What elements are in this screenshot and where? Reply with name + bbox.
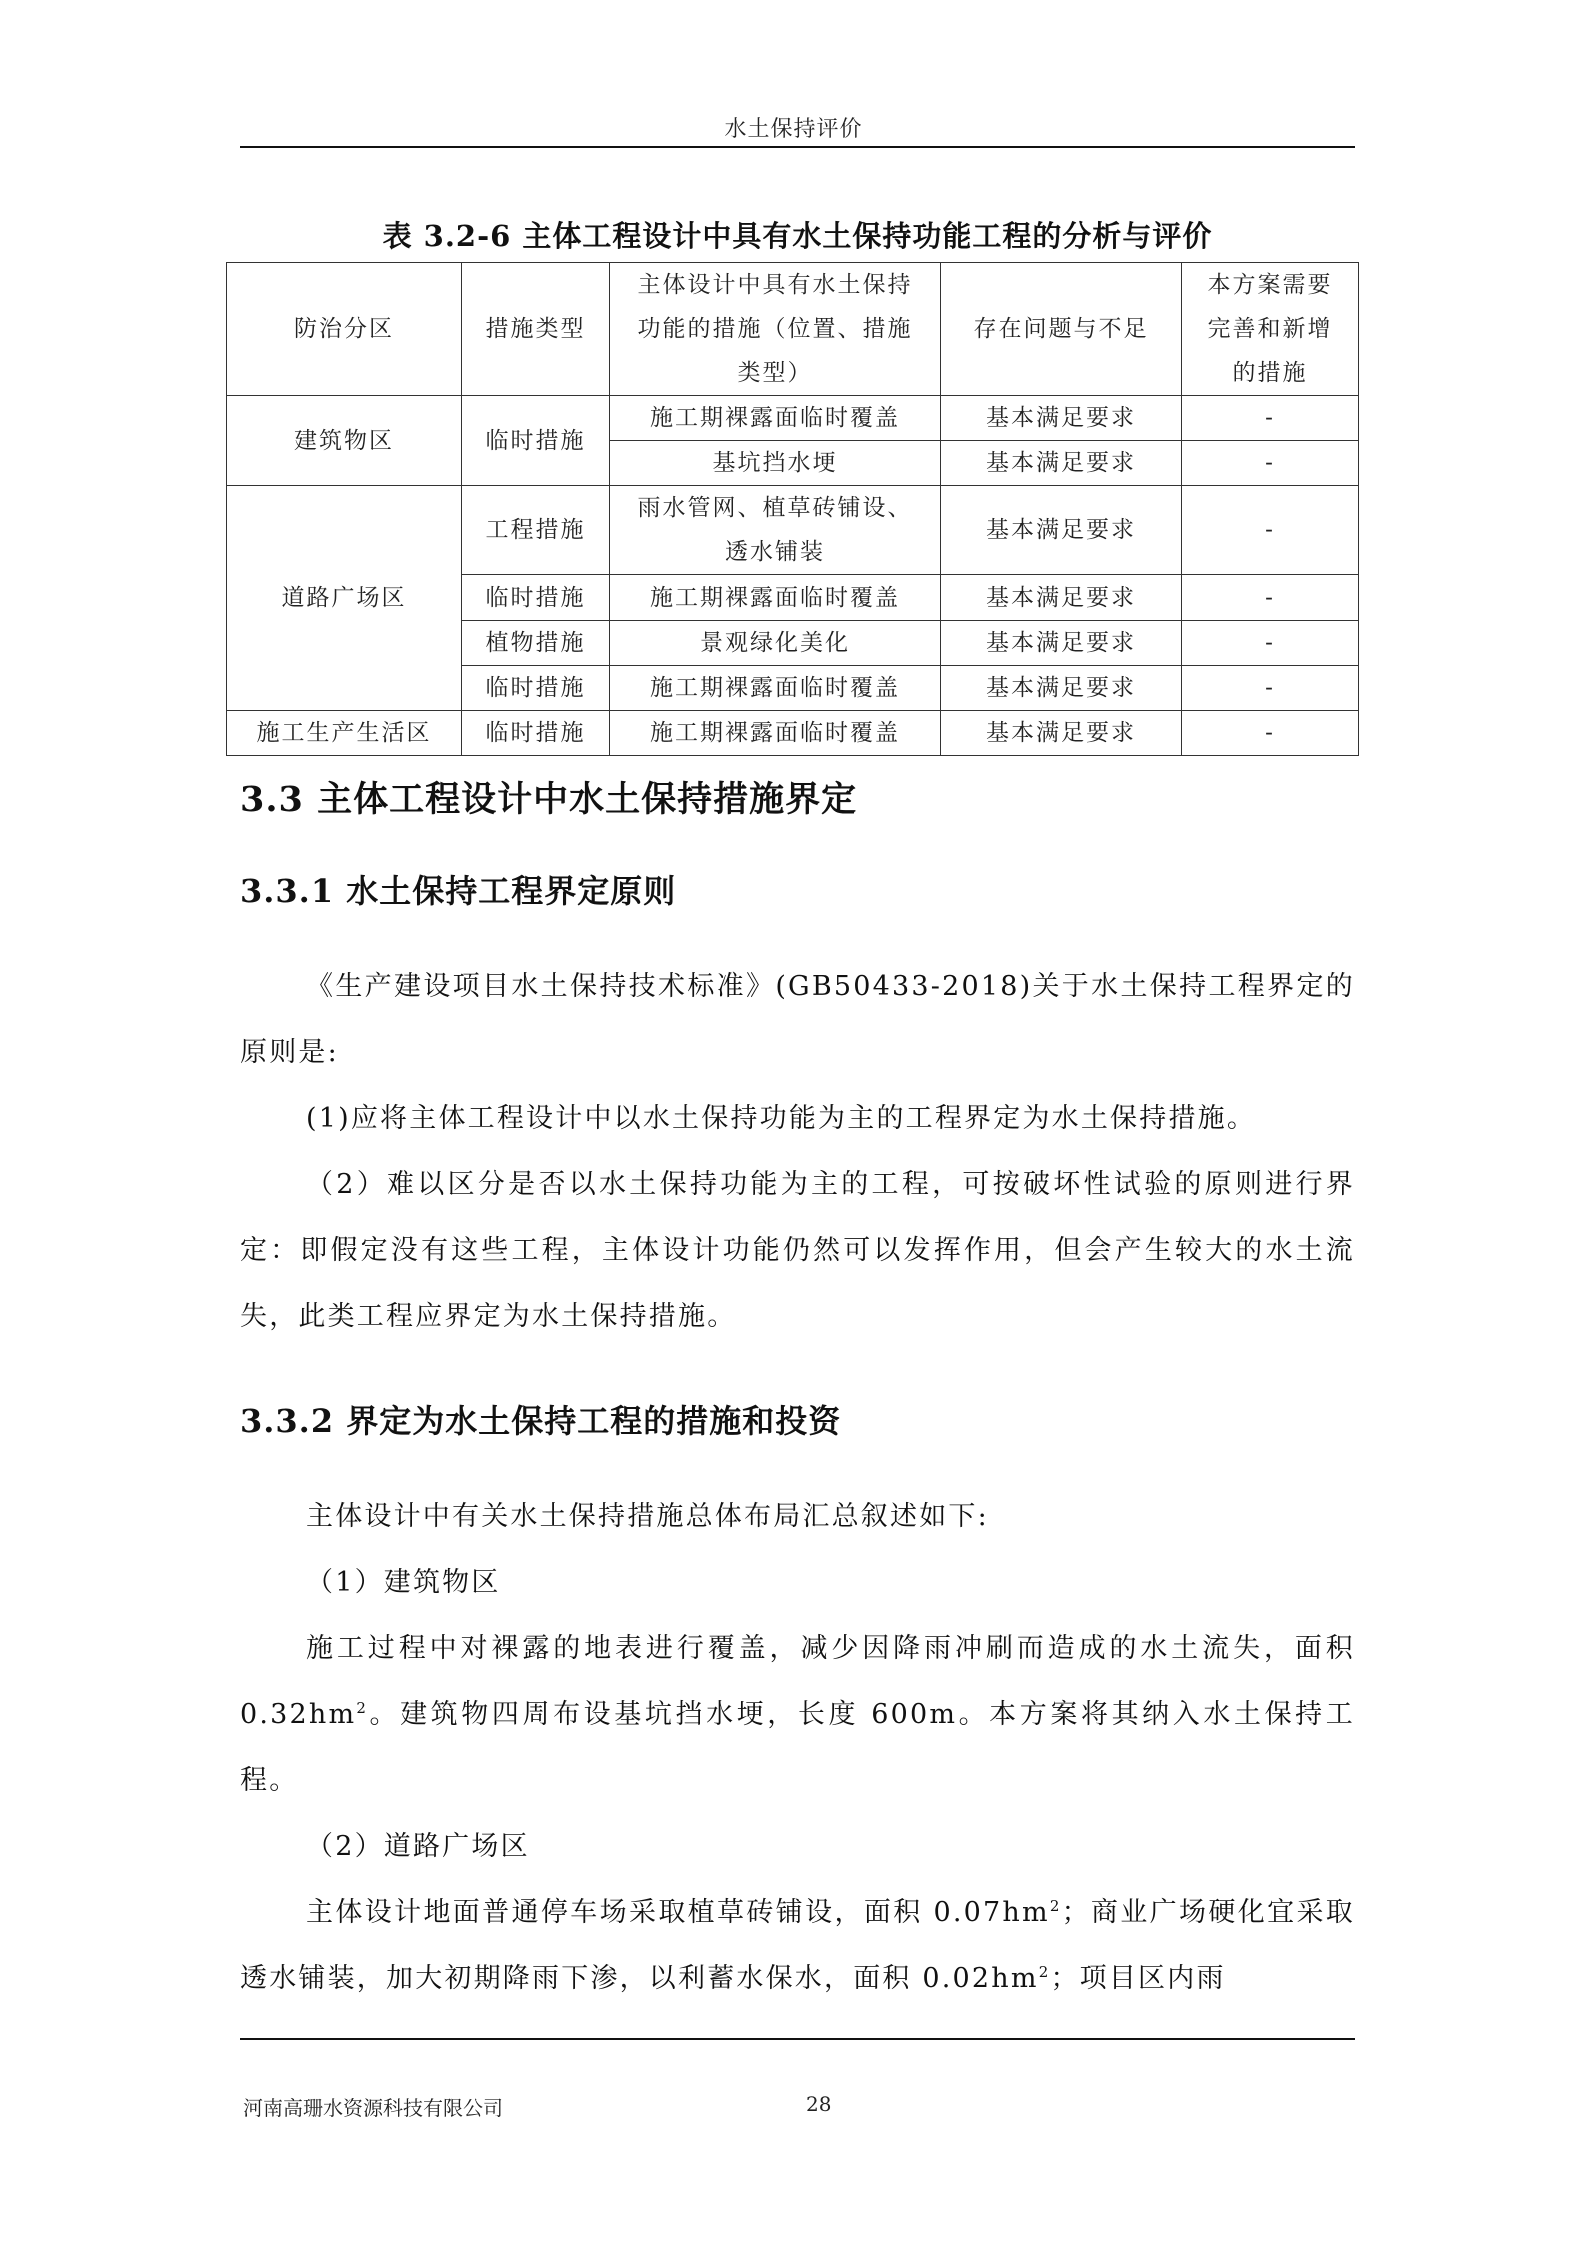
cell-zone: 道路广场区 — [227, 486, 462, 711]
running-header: 水土保持评价 — [0, 112, 1587, 143]
page-number: 28 — [806, 2092, 831, 2116]
cell-issue: 基本满足要求 — [941, 666, 1182, 711]
evaluation-table: 防治分区 措施类型 主体设计中具有水土保持 功能的措施（位置、措施 类型） 存在… — [226, 262, 1359, 756]
paragraph-principle-2: （2）难以区分是否以水土保持功能为主的工程，可按破坏性试验的原则进行界定：即假定… — [240, 1152, 1355, 1350]
cell-new: - — [1182, 486, 1359, 575]
table-header-row: 防治分区 措施类型 主体设计中具有水土保持 功能的措施（位置、措施 类型） 存在… — [227, 263, 1359, 396]
cell-new: - — [1182, 666, 1359, 711]
cell-measure: 施工期裸露面临时覆盖 — [610, 711, 941, 756]
cell-new: - — [1182, 441, 1359, 486]
col-header-measure: 主体设计中具有水土保持 功能的措施（位置、措施 类型） — [610, 263, 941, 396]
paragraph-layout-intro: 主体设计中有关水土保持措施总体布局汇总叙述如下: — [240, 1484, 1355, 1550]
col-header-zone: 防治分区 — [227, 263, 462, 396]
cell-issue: 基本满足要求 — [941, 396, 1182, 441]
paragraph-principle-1: (1)应将主体工程设计中以水土保持功能为主的工程界定为水土保持措施。 — [240, 1086, 1355, 1152]
col-header-new: 本方案需要 完善和新增 的措施 — [1182, 263, 1359, 396]
cell-issue: 基本满足要求 — [941, 575, 1182, 621]
section-heading-3-3-2: 3.3.2 界定为水土保持工程的措施和投资 — [240, 1396, 841, 1442]
cell-measure: 施工期裸露面临时覆盖 — [610, 666, 941, 711]
table-row: 道路广场区 工程措施 雨水管网、植草砖铺设、 透水铺装 基本满足要求 - — [227, 486, 1359, 575]
cell-new: - — [1182, 621, 1359, 666]
cell-issue: 基本满足要求 — [941, 486, 1182, 575]
col-header-type: 措施类型 — [462, 263, 610, 396]
footer-company: 河南高珊水资源科技有限公司 — [243, 2092, 503, 2121]
col-header-issue: 存在问题与不足 — [941, 263, 1182, 396]
cell-type: 植物措施 — [462, 621, 610, 666]
section-heading-3-3-1: 3.3.1 水土保持工程界定原则 — [240, 866, 676, 912]
section-heading-3-3: 3.3 主体工程设计中水土保持措施界定 — [240, 772, 857, 822]
cell-zone: 建筑物区 — [227, 396, 462, 486]
cell-measure: 雨水管网、植草砖铺设、 透水铺装 — [610, 486, 941, 575]
table-row: 建筑物区 临时措施 施工期裸露面临时覆盖 基本满足要求 - — [227, 396, 1359, 441]
cell-measure: 施工期裸露面临时覆盖 — [610, 575, 941, 621]
cell-issue: 基本满足要求 — [941, 711, 1182, 756]
header-rule — [240, 146, 1355, 148]
cell-new: - — [1182, 575, 1359, 621]
cell-type: 工程措施 — [462, 486, 610, 575]
cell-issue: 基本满足要求 — [941, 441, 1182, 486]
paragraph-road-plaza-zone: 主体设计地面普通停车场采取植草砖铺设，面积 0.07hm2；商业广场硬化宜采取透… — [240, 1880, 1355, 2012]
table-row: 施工生产生活区 临时措施 施工期裸露面临时覆盖 基本满足要求 - — [227, 711, 1359, 756]
cell-zone: 施工生产生活区 — [227, 711, 462, 756]
cell-type: 临时措施 — [462, 575, 610, 621]
footer-rule — [240, 2038, 1355, 2040]
cell-measure: 景观绿化美化 — [610, 621, 941, 666]
cell-issue: 基本满足要求 — [941, 621, 1182, 666]
cell-new: - — [1182, 396, 1359, 441]
subheading-road-plaza-zone: （2）道路广场区 — [240, 1814, 1355, 1880]
cell-type: 临时措施 — [462, 711, 610, 756]
cell-type: 临时措施 — [462, 666, 610, 711]
paragraph-building-zone: 施工过程中对裸露的地表进行覆盖，减少因降雨冲刷而造成的水土流失，面积 0.32h… — [240, 1616, 1355, 1814]
cell-measure: 基坑挡水埂 — [610, 441, 941, 486]
cell-type: 临时措施 — [462, 396, 610, 486]
cell-new: - — [1182, 711, 1359, 756]
subheading-building-zone: （1）建筑物区 — [240, 1550, 1355, 1616]
table-caption: 表 3.2-6 主体工程设计中具有水土保持功能工程的分析与评价 — [240, 214, 1355, 255]
cell-measure: 施工期裸露面临时覆盖 — [610, 396, 941, 441]
paragraph-standard-intro: 《生产建设项目水土保持技术标准》(GB50433-2018)关于水土保持工程界定… — [240, 954, 1355, 1086]
